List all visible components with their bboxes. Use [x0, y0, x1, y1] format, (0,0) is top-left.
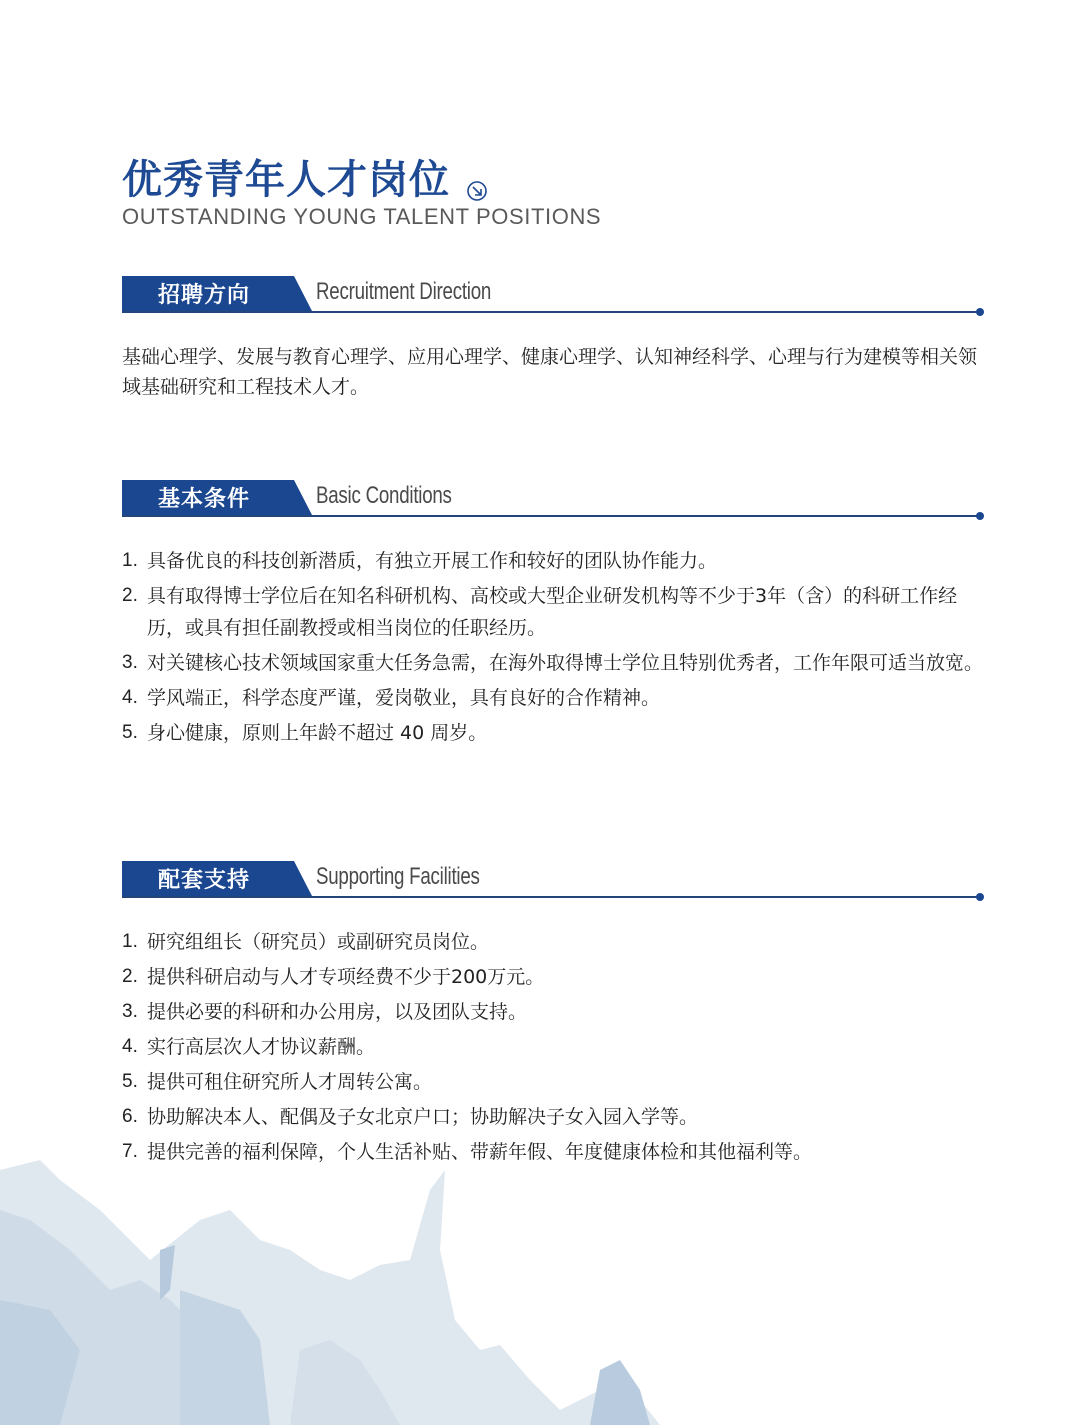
basic-conditions-list: 1. 具备优良的科技创新潜质，有独立开展工作和较好的团队协作能力。 2. 具有取…	[122, 545, 992, 752]
list-text: 身心健康，原则上年龄不超过 40 周岁。	[147, 717, 992, 749]
section-divider	[122, 515, 980, 517]
list-number: 2.	[122, 580, 147, 644]
list-text: 研究组组长（研究员）或副研究员岗位。	[147, 926, 992, 958]
section-divider	[122, 311, 980, 313]
list-item: 2. 具有取得博士学位后在知名科研机构、高校或大型企业研发机构等不少于3年（含）…	[122, 580, 992, 644]
list-item: 3. 对关键核心技术领域国家重大任务急需，在海外取得博士学位且特别优秀者，工作年…	[122, 647, 992, 679]
list-item: 5. 身心健康，原则上年龄不超过 40 周岁。	[122, 717, 992, 749]
section-tab: 基本条件	[122, 480, 312, 515]
list-text: 实行高层次人才协议薪酬。	[147, 1031, 992, 1063]
list-number: 6.	[122, 1101, 147, 1133]
circle-arrow-down-right-icon	[466, 166, 488, 188]
list-number: 7.	[122, 1136, 147, 1168]
list-number: 5.	[122, 1066, 147, 1098]
list-text: 提供必要的科研和办公用房，以及团队支持。	[147, 996, 992, 1028]
section-divider-dot	[976, 893, 984, 901]
list-item: 6. 协助解决本人、配偶及子女北京户口；协助解决子女入园入学等。	[122, 1101, 992, 1133]
recruitment-direction-text: 基础心理学、发展与教育心理学、应用心理学、健康心理学、认知神经科学、心理与行为建…	[122, 342, 992, 402]
page-title: 优秀青年人才岗位	[122, 148, 488, 205]
list-item: 4. 实行高层次人才协议薪酬。	[122, 1031, 992, 1063]
list-item: 1. 研究组组长（研究员）或副研究员岗位。	[122, 926, 992, 958]
list-text: 具备优良的科技创新潜质，有独立开展工作和较好的团队协作能力。	[147, 545, 992, 577]
list-number: 4.	[122, 682, 147, 714]
list-item: 4. 学风端正，科学态度严谨，爱岗敬业，具有良好的合作精神。	[122, 682, 992, 714]
page-subtitle: OUTSTANDING YOUNG TALENT POSITIONS	[122, 204, 601, 230]
list-text: 具有取得博士学位后在知名科研机构、高校或大型企业研发机构等不少于3年（含）的科研…	[147, 580, 992, 644]
section-divider-dot	[976, 512, 984, 520]
section-divider	[122, 896, 980, 898]
watercolor-background	[0, 1150, 700, 1425]
list-text: 协助解决本人、配偶及子女北京户口；协助解决子女入园入学等。	[147, 1101, 992, 1133]
list-item: 1. 具备优良的科技创新潜质，有独立开展工作和较好的团队协作能力。	[122, 545, 992, 577]
list-item: 5. 提供可租住研究所人才周转公寓。	[122, 1066, 992, 1098]
list-number: 1.	[122, 926, 147, 958]
list-number: 3.	[122, 647, 147, 679]
list-text: 学风端正，科学态度严谨，爱岗敬业，具有良好的合作精神。	[147, 682, 992, 714]
section-header-basic-conditions: 基本条件 Basic Conditions	[122, 480, 986, 520]
section-title-en: Basic Conditions	[316, 482, 452, 510]
list-number: 1.	[122, 545, 147, 577]
section-title-en: Recruitment Direction	[316, 278, 491, 306]
list-text: 提供科研启动与人才专项经费不少于200万元。	[147, 961, 992, 993]
list-number: 5.	[122, 717, 147, 749]
section-divider-dot	[976, 308, 984, 316]
section-header-supporting-facilities: 配套支持 Supporting Facilities	[122, 861, 986, 901]
list-item: 2. 提供科研启动与人才专项经费不少于200万元。	[122, 961, 992, 993]
list-number: 4.	[122, 1031, 147, 1063]
list-text: 提供完善的福利保障，个人生活补贴、带薪年假、年度健康体检和其他福利等。	[147, 1136, 992, 1168]
list-text: 提供可租住研究所人才周转公寓。	[147, 1066, 992, 1098]
list-item: 3. 提供必要的科研和办公用房，以及团队支持。	[122, 996, 992, 1028]
section-tab: 招聘方向	[122, 276, 312, 311]
list-item: 7. 提供完善的福利保障，个人生活补贴、带薪年假、年度健康体检和其他福利等。	[122, 1136, 992, 1168]
list-number: 2.	[122, 961, 147, 993]
supporting-facilities-list: 1. 研究组组长（研究员）或副研究员岗位。 2. 提供科研启动与人才专项经费不少…	[122, 926, 992, 1171]
section-header-recruitment-direction: 招聘方向 Recruitment Direction	[122, 276, 986, 316]
list-number: 3.	[122, 996, 147, 1028]
section-tab: 配套支持	[122, 861, 312, 896]
list-text: 对关键核心技术领域国家重大任务急需，在海外取得博士学位且特别优秀者，工作年限可适…	[147, 647, 992, 679]
section-title-en: Supporting Facilities	[316, 863, 480, 891]
page-title-text: 优秀青年人才岗位	[122, 148, 450, 205]
